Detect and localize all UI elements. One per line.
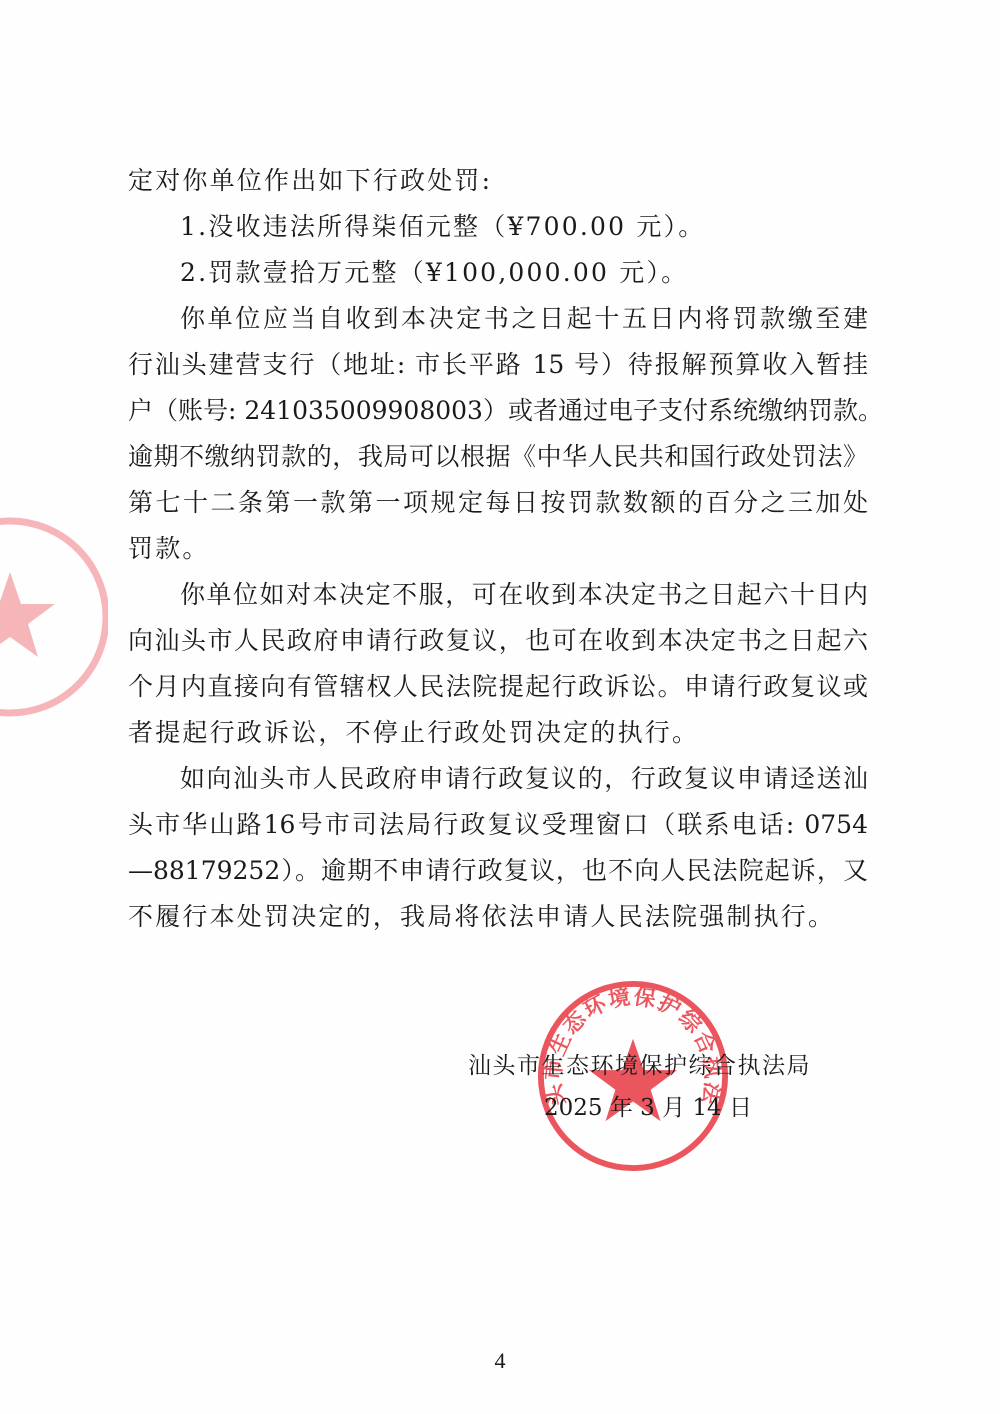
issue-date: 2025 年 3 月 14 日: [468, 1086, 848, 1130]
payment-paragraph-line: 逾期不缴纳罚款的，我局可以根据《中华人民共和国行政处罚法》: [128, 434, 868, 480]
partial-seal-stamp: [0, 512, 108, 722]
review-paragraph-line: 如向汕头市人民政府申请行政复议的，行政复议申请迳送汕: [128, 756, 868, 802]
document-body: 定对你单位作出如下行政处罚: 1.没收违法所得柒佰元整（¥700.00 元）。 …: [128, 158, 868, 940]
page-number: 4: [0, 1348, 1000, 1374]
review-paragraph-line: 头市华山路16号市司法局行政复议受理窗口（联系电话: 0754: [128, 802, 868, 848]
appeal-paragraph-line: 个月内直接向有管辖权人民法院提起行政诉讼。申请行政复议或: [128, 664, 868, 710]
signature-block: 汕头市生态环境保护综合执法局 2025 年 3 月 14 日: [468, 1046, 848, 1130]
payment-paragraph-line: 罚款。: [128, 526, 868, 572]
payment-paragraph-line: 户（账号: 241035009908003）或者通过电子支付系统缴纳罚款。: [128, 388, 868, 434]
payment-paragraph-line: 你单位应当自收到本决定书之日起十五日内将罚款缴至建: [128, 296, 868, 342]
appeal-paragraph-line: 向汕头市人民政府申请行政复议，也可在收到本决定书之日起六: [128, 618, 868, 664]
appeal-paragraph-line: 者提起行政诉讼，不停止行政处罚决定的执行。: [128, 710, 868, 756]
issuing-organization: 汕头市生态环境保护综合执法局: [468, 1046, 848, 1086]
document-page: 定对你单位作出如下行政处罚: 1.没收违法所得柒佰元整（¥700.00 元）。 …: [0, 0, 1000, 1414]
review-paragraph-line: 不履行本处罚决定的，我局将依法申请人民法院强制执行。: [128, 894, 868, 940]
review-paragraph-line: —88179252）。逾期不申请行政复议，也不向人民法院起诉，又: [128, 848, 868, 894]
penalty-item-2: 2.罚款壹拾万元整（¥100,000.00 元）。: [128, 250, 868, 296]
payment-paragraph-line: 第七十二条第一款第一项规定每日按罚款数额的百分之三加处: [128, 480, 868, 526]
star-icon: [0, 572, 55, 657]
payment-paragraph-line: 行汕头建营支行（地址: 市长平路 15 号）待报解预算收入暂挂: [128, 342, 868, 388]
penalty-item-1: 1.没收违法所得柒佰元整（¥700.00 元）。: [128, 204, 868, 250]
appeal-paragraph-line: 你单位如对本决定不服，可在收到本决定书之日起六十日内: [128, 572, 868, 618]
intro-line: 定对你单位作出如下行政处罚:: [128, 158, 868, 204]
